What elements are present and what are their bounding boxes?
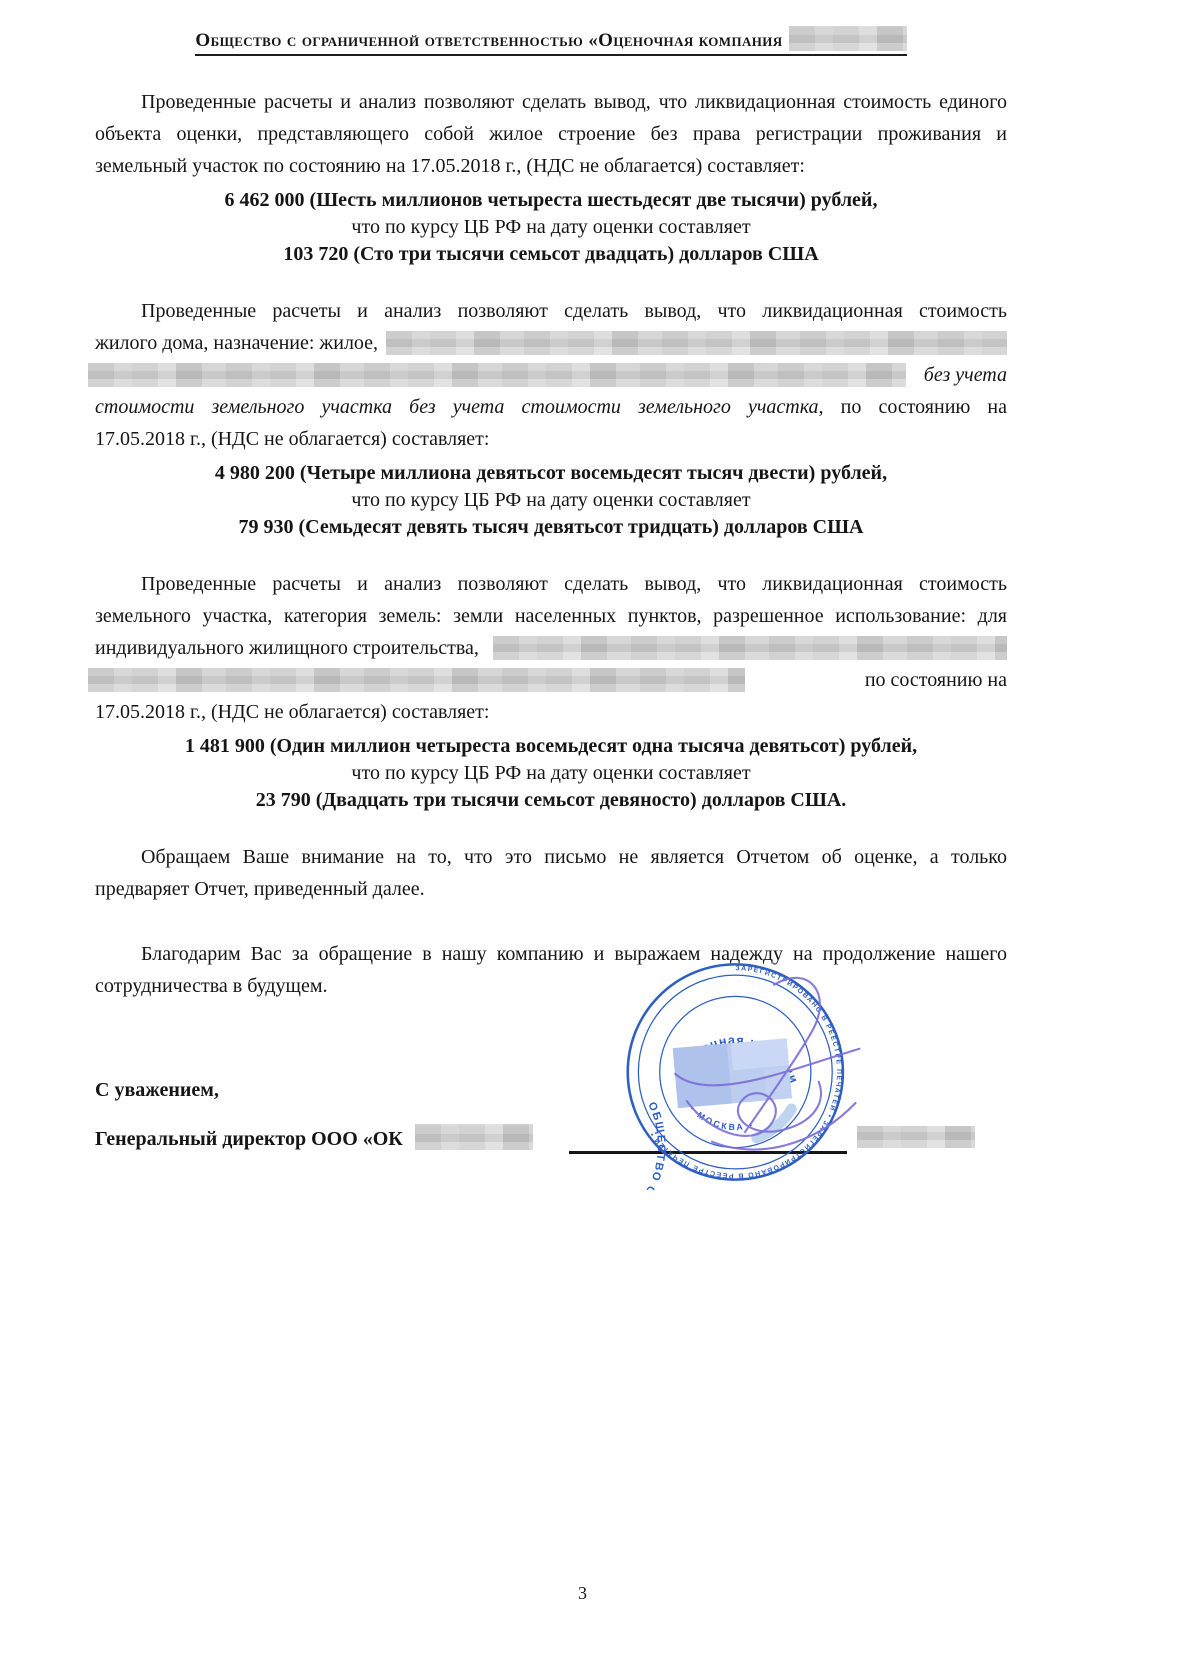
paragraph-line: предваряет Отчет, приведенный далее. [95,873,1007,905]
redaction-cadastre [493,636,1007,660]
paragraph-line: 17.05.2018 г., (НДС не облагается) соста… [95,423,1007,455]
signer-title: Генеральный директор ООО «ОК [95,1124,403,1154]
signature-line [569,1121,847,1154]
amount-usd: 23 790 (Двадцать три тысячи семьсот девя… [95,787,1007,814]
paragraph-line: земельный участок по состоянию на 17.05.… [95,150,1007,182]
redaction-company-name [789,26,907,51]
paragraph-disclaimer: Обращаем Ваше внимание на то, что это пи… [95,841,1007,905]
letter-content: Общество с ограниченной ответственностью… [95,26,1007,1154]
amount-rub: 1 481 900 (Один миллион четыреста восемь… [95,733,1007,760]
amount-rate-note: что по курсу ЦБ РФ на дату оценки состав… [95,214,1007,241]
amount-rate-note: что по курсу ЦБ РФ на дату оценки состав… [95,760,1007,787]
paragraph-house-value: Проведенные расчеты и анализ позволяют с… [95,295,1007,455]
paragraph-line: Обращаем Ваше внимание на то, что это пи… [95,841,1007,873]
paragraph-text: по состоянию на [865,669,1007,692]
paragraph-line: Проведенные расчеты и анализ позволяют с… [95,295,1007,327]
amount-rate-note: что по курсу ЦБ РФ на дату оценки состав… [95,487,1007,514]
paragraph-line: стоимости земельного участка без учета с… [95,391,1007,423]
paragraph-line: Благодарим Вас за обращение в нашу компа… [95,938,1007,970]
paragraph-line: земельного участка, категория земель: зе… [95,600,1007,632]
paragraph-line: Проведенные расчеты и анализ позволяют с… [95,568,1007,600]
amount-block-house: 4 980 200 (Четыре миллиона девятьсот вос… [95,460,1007,541]
paragraph-total-value: Проведенные расчеты и анализ позволяют с… [95,86,1007,182]
redaction-address [88,363,906,387]
redaction-cadastre [88,668,745,692]
paragraph-text: по состоянию на [841,396,1007,418]
paragraph-line: 17.05.2018 г., (НДС не облагается) соста… [95,696,1007,728]
paragraph-text-italic: без учета [924,364,1007,387]
letterhead-title-text: Общество с ограниченной ответственностью… [195,30,782,51]
letterhead: Общество с ограниченной ответственностью… [95,26,1007,56]
paragraph-line: Проведенные расчеты и анализ позволяют с… [95,86,1007,118]
amount-rub: 4 980 200 (Четыре миллиона девятьсот вос… [95,460,1007,487]
amount-usd: 103 720 (Сто три тысячи семьсот двадцать… [95,241,1007,268]
letterhead-title: Общество с ограниченной ответственностью… [195,26,906,56]
amount-block-total: 6 462 000 (Шесть миллионов четыреста шес… [95,187,1007,268]
document-page: Общество с ограниченной ответственностью… [0,0,1200,1653]
paragraph-text: жилого дома, назначение: жилое, [95,332,378,355]
redaction-signer-company [415,1124,533,1150]
paragraph-line: индивидуального жилищного строительства, [95,632,1007,664]
signature-section: С уважением, Генеральный директор ООО «О… [95,1076,1007,1154]
redaction-address [386,331,1007,355]
paragraph-land-value: Проведенные расчеты и анализ позволяют с… [95,568,1007,728]
paragraph-text: индивидуального жилищного строительства, [95,637,479,660]
signature-row: Генеральный директор ООО «ОК [95,1120,1007,1154]
paragraph-line: жилого дома, назначение: жилое, [95,327,1007,359]
page-number: 3 [578,1583,587,1604]
paragraph-line: по состоянию на [95,664,1007,696]
paragraph-line: без учета [95,359,1007,391]
amount-rub: 6 462 000 (Шесть миллионов четыреста шес… [95,187,1007,214]
signature-salutation: С уважением, [95,1076,1007,1104]
paragraph-thanks: Благодарим Вас за обращение в нашу компа… [95,938,1007,1002]
paragraph-text-italic: стоимости земельного участка без учета с… [95,396,824,418]
paragraph-line: сотрудничества в будущем. [95,970,1007,1002]
paragraph-line: объекта оценки, представляющего собой жи… [95,118,1007,150]
redaction-signer-name [857,1126,975,1148]
amount-block-land: 1 481 900 (Один миллион четыреста восемь… [95,733,1007,814]
amount-usd: 79 930 (Семьдесят девять тысяч девятьсот… [95,514,1007,541]
